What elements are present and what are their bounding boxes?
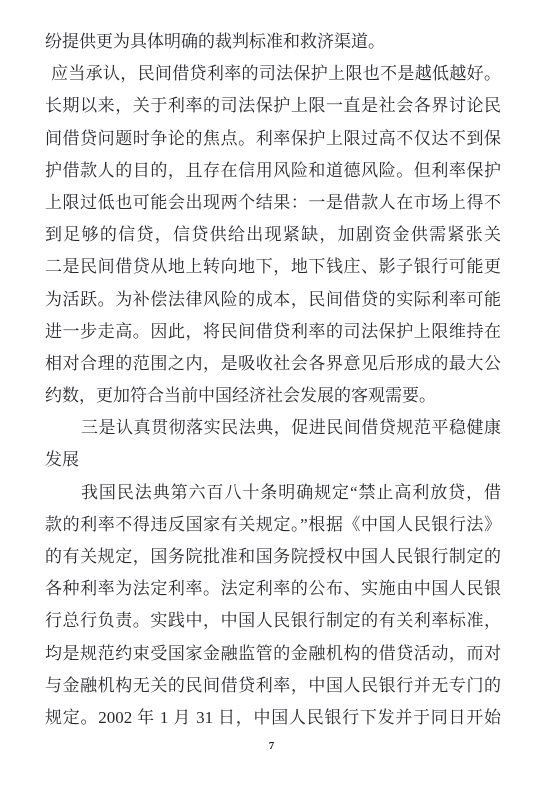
text-line: 均是规范约束受国家金融监管的金融机构的借贷活动，而对 bbox=[45, 638, 501, 670]
section-heading-line: 发展 bbox=[45, 444, 501, 476]
text-line: 进一步走高。因此，将民间借贷利率的司法保护上限维持在 bbox=[45, 316, 501, 348]
text-line: 规定。2002 年 1 月 31 日，中国人民银行下发并于同日开始 bbox=[45, 702, 501, 734]
section-heading-line: 三是认真贯彻落实民法典，促进民间借贷规范平稳健康 bbox=[45, 412, 501, 444]
text-line: 约数，更加符合当前中国经济社会发展的客观需要。 bbox=[45, 380, 501, 412]
document-page: 纷提供更为具体明确的裁判标准和救济渠道。 应当承认，民间借贷利率的司法保护上限也… bbox=[0, 0, 543, 788]
text-line: 与金融机构无关的民间借贷利率，中国人民银行并无专门的 bbox=[45, 670, 501, 702]
text-line: 各种利率为法定利率。法定利率的公布、实施由中国人民银 bbox=[45, 573, 501, 605]
text-line: 的有关规定，国务院批准和国务院授权中国人民银行制定的 bbox=[45, 541, 501, 573]
text-line: 上限过低也可能会出现两个结果：一是借款人在市场上得不 bbox=[45, 187, 501, 219]
text-line: 我国民法典第六百八十条明确规定“禁止高利放贷，借 bbox=[45, 477, 501, 509]
text-line: 间借贷问题时争论的焦点。利率保护上限过高不仅达不到保 bbox=[45, 123, 501, 155]
text-line: 护借款人的目的，且存在信用风险和道德风险。但利率保护 bbox=[45, 155, 501, 187]
text-line: 纷提供更为具体明确的裁判标准和救济渠道。 bbox=[45, 26, 501, 58]
text-line: 应当承认，民间借贷利率的司法保护上限也不是越低越好。 bbox=[45, 58, 501, 90]
document-text-block: 纷提供更为具体明确的裁判标准和救济渠道。 应当承认，民间借贷利率的司法保护上限也… bbox=[45, 26, 501, 734]
text-line: 二是民间借贷从地上转向地下，地下钱庄、影子银行可能更 bbox=[45, 251, 501, 283]
text-line: 款的利率不得违反国家有关规定。”根据《中国人民银行法》 bbox=[45, 509, 501, 541]
text-line: 行总行负责。实践中，中国人民银行制定的有关利率标准， bbox=[45, 605, 501, 637]
text-line: 到足够的信贷，信贷供给出现紧缺，加剧资金供需紧张关系。 bbox=[45, 219, 501, 251]
text-line: 为活跃。为补偿法律风险的成本，民间借贷的实际利率可能 bbox=[45, 284, 501, 316]
text-line: 相对合理的范围之内，是吸收社会各界意见后形成的最大公 bbox=[45, 348, 501, 380]
page-number: 7 bbox=[0, 737, 543, 755]
text-line: 长期以来，关于利率的司法保护上限一直是社会各界讨论民 bbox=[45, 90, 501, 122]
